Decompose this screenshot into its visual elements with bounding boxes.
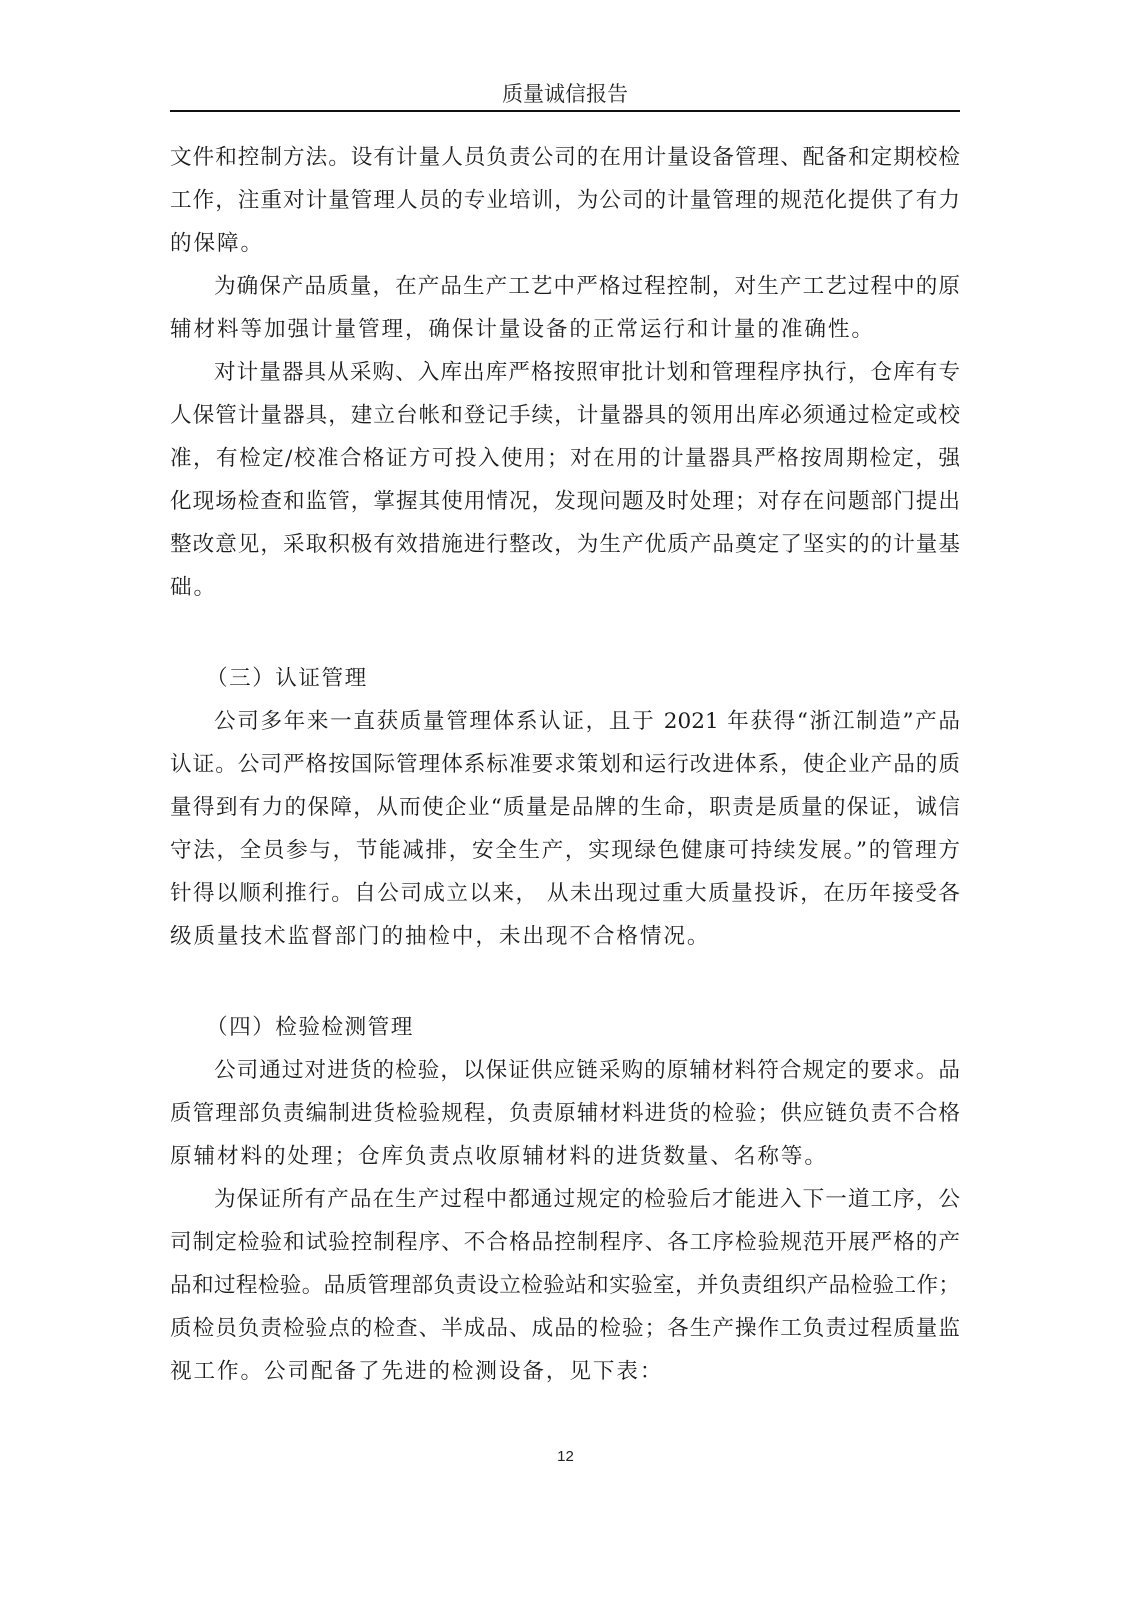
text-line: 辅材料等加强计量管理，确保计量设备的正常运行和计量的准确性。 [170,315,960,345]
text-line: 为确保产品质量，在产品生产工艺中严格过程控制，对生产工艺过程中的原 [170,272,960,302]
text-line: 为保证所有产品在生产过程中都通过规定的检验后才能进入下一道工序，公 [170,1185,960,1215]
text-line: 公司多年来一直获质量管理体系认证，且于 2021 年获得“浙江制造”产品 [170,707,960,737]
text-line: 公司通过对进货的检验，以保证供应链采购的原辅材料符合规定的要求。品 [170,1056,960,1086]
text-line: 对计量器具从采购、入库出库严格按照审批计划和管理程序执行，仓库有专 [170,358,960,388]
section-heading-inspection: （四）检验检测管理 [206,1013,414,1043]
text-line: 整改意见，采取积极有效措施进行整改，为生产优质产品奠定了坚实的的计量基 [170,530,960,560]
section-heading-certification: （三）认证管理 [206,664,368,694]
text-line: 量得到有力的保障，从而使企业“质量是品牌的生命，职责是质量的保证，诚信 [170,793,960,823]
running-header-title: 质量诚信报告 [170,80,960,108]
text-line: 守法，全员参与，节能减排，安全生产，实现绿色健康可持续发展。”的管理方 [170,836,960,866]
text-line: 针得以顺利推行。自公司成立以来， 从未出现过重大质量投诉，在历年接受各 [170,879,960,909]
text-line: 级质量技术监督部门的抽检中，未出现不合格情况。 [170,922,960,952]
text-line: 视工作。公司配备了先进的检测设备，见下表： [170,1357,960,1387]
text-line: 品和过程检验。品质管理部负责设立检验站和实验室，并负责组织产品检验工作； [170,1271,960,1301]
text-line: 的保障。 [170,229,960,259]
text-line: 认证。公司严格按国际管理体系标准要求策划和运行改进体系，使企业产品的质 [170,750,960,780]
text-line: 司制定检验和试验控制程序、不合格品控制程序、各工序检验规范开展严格的产 [170,1228,960,1258]
text-line: 化现场检查和监管，掌握其使用情况，发现问题及时处理；对存在问题部门提出 [170,487,960,517]
text-line: 础。 [170,573,960,603]
text-line: 人保管计量器具，建立台帐和登记手续，计量器具的领用出库必须通过检定或校 [170,401,960,431]
document-page: 质量诚信报告 文件和控制方法。设有计量人员负责公司的在用计量设备管理、配备和定期… [0,0,1131,1600]
text-line: 文件和控制方法。设有计量人员负责公司的在用计量设备管理、配备和定期校检 [170,143,960,173]
page-number: 12 [0,1448,1131,1465]
text-line: 质管理部负责编制进货检验规程，负责原辅材料进货的检验；供应链负责不合格 [170,1099,960,1129]
text-line: 质检员负责检验点的检查、半成品、成品的检验；各生产操作工负责过程质量监 [170,1314,960,1344]
header-divider [170,110,960,112]
text-line: 准，有检定/校准合格证方可投入使用；对在用的计量器具严格按周期检定，强 [170,444,960,474]
text-line: 工作，注重对计量管理人员的专业培训，为公司的计量管理的规范化提供了有力 [170,186,960,216]
text-line: 原辅材料的处理；仓库负责点收原辅材料的进货数量、名称等。 [170,1142,960,1172]
